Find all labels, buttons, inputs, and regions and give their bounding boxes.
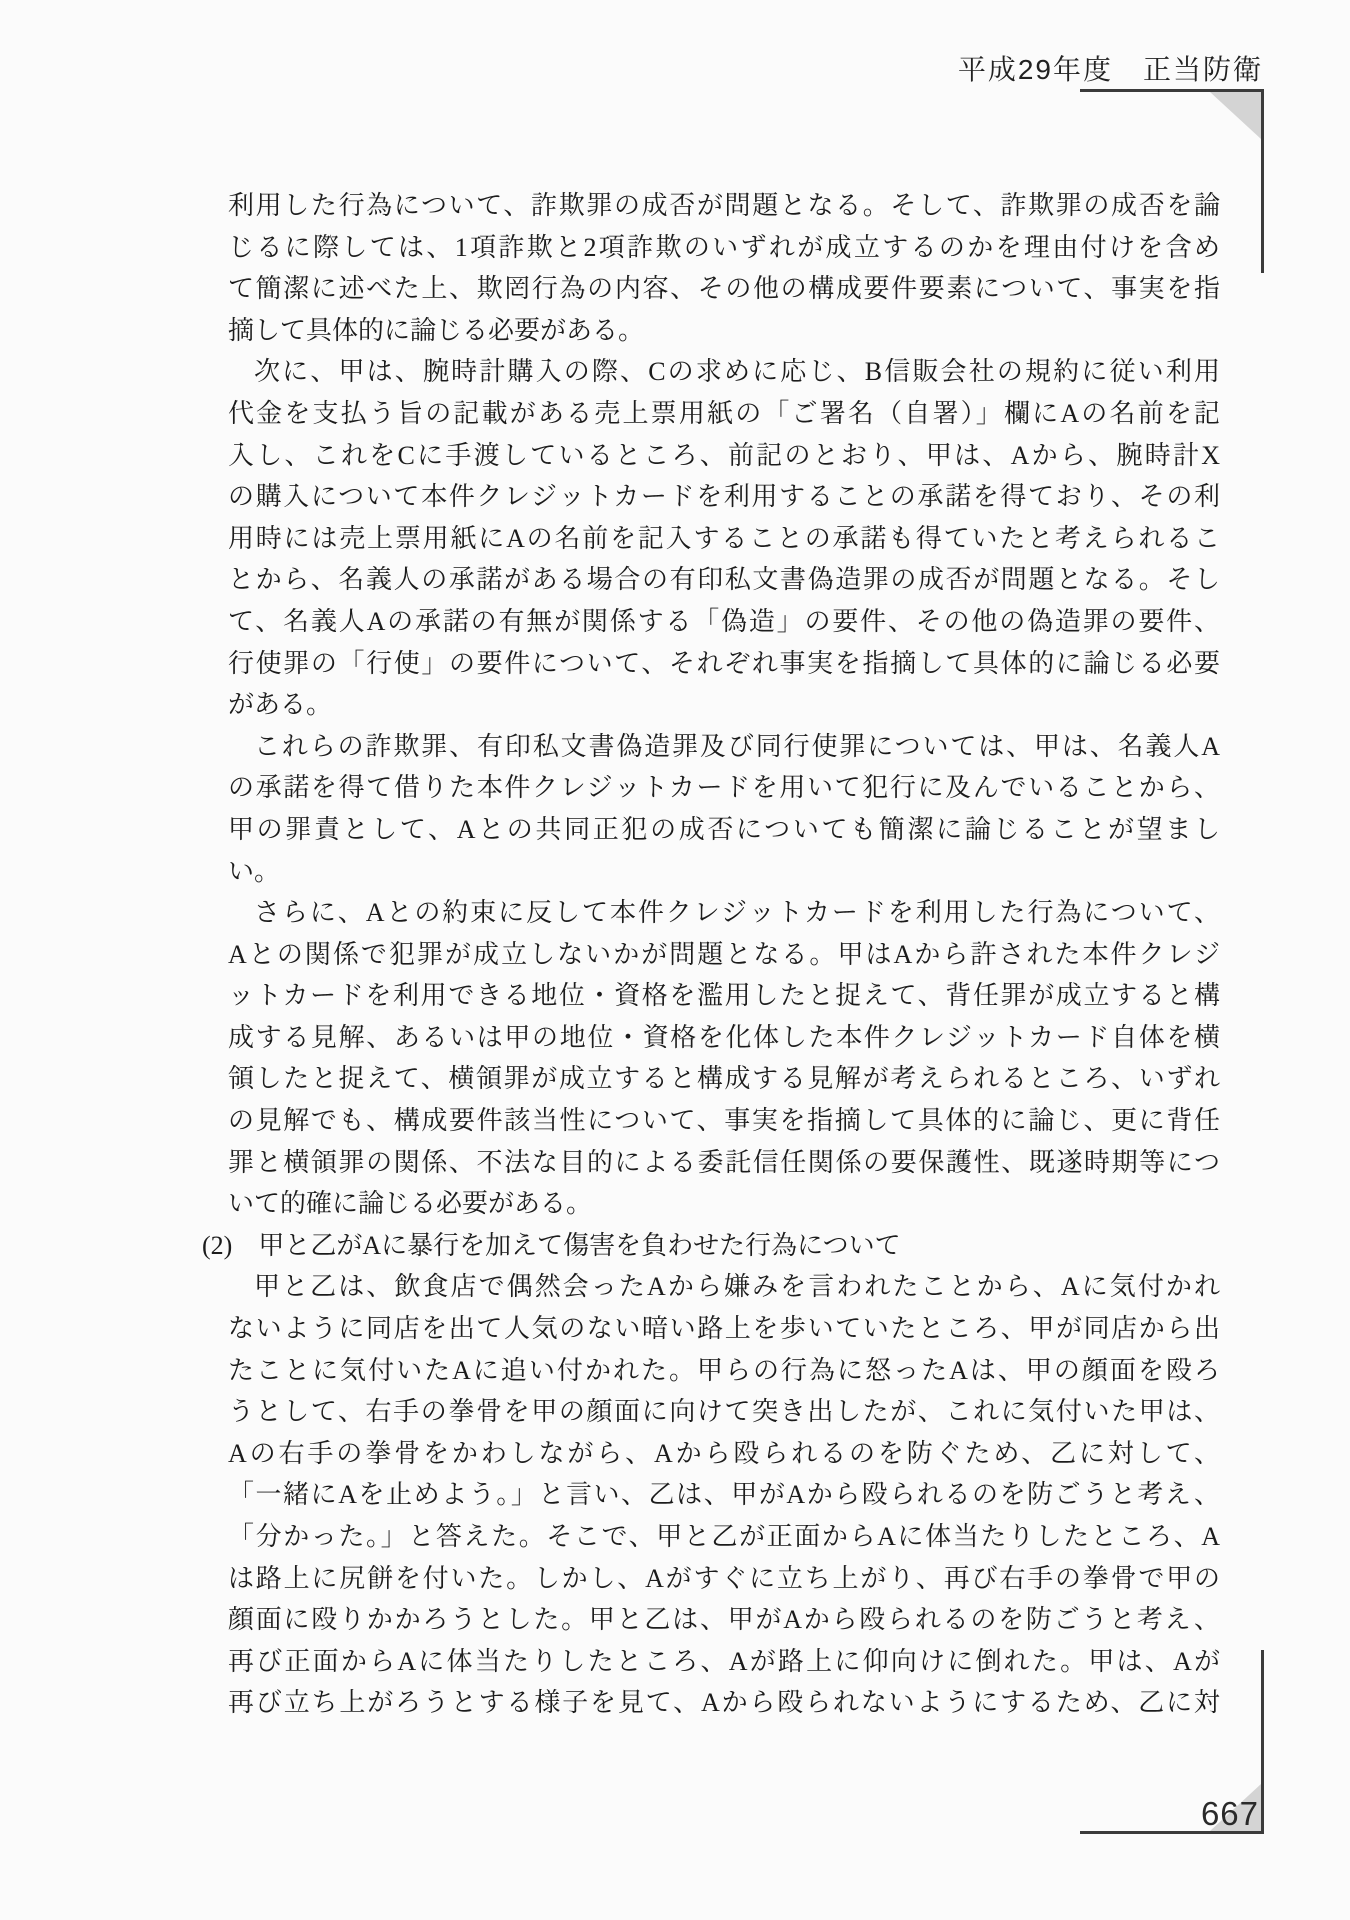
text-line: とから、名義人の承諾がある場合の有印私文書偽造罪の成否が問題となる。そし [228, 559, 1220, 601]
text-line: 次に、甲は、腕時計購入の際、Cの求めに応じ、B信販会社の規約に従い利用 [228, 351, 1220, 393]
page-number: 667 [1201, 1795, 1259, 1833]
text-line: 領したと捉えて、横領罪が成立すると構成する見解が考えられるところ、いずれ [228, 1058, 1220, 1100]
text-line: 用時には売上票用紙にAの名前を記入することの承諾も得ていたと考えられるこ [228, 518, 1220, 560]
top-corner-rule-vertical [1261, 89, 1264, 273]
text-line: うとして、右手の拳骨を甲の顔面に向けて突き出したが、これに気付いた甲は、 [228, 1391, 1220, 1433]
text-line: 再び正面からAに体当たりしたところ、Aが路上に仰向けに倒れた。甲は、Aが [228, 1641, 1220, 1683]
page-header-title: 平成29年度 正当防衛 [958, 48, 1263, 88]
body-text: 利用した行為について、詐欺罪の成否が問題となる。そして、詐欺罪の成否を論じるに際… [228, 185, 1220, 1724]
section-2-heading: (2) 甲と乙がAに暴行を加えて傷害を負わせた行為について [228, 1225, 1220, 1267]
text-line: ットカードを利用できる地位・資格を濫用したと捉えて、背任罪が成立すると構 [228, 975, 1220, 1017]
text-line: 代金を支払う旨の記載がある売上票用紙の「ご署名（自署）」欄にAの名前を記 [228, 393, 1220, 435]
text-line: の購入について本件クレジットカードを利用することの承諾を得ており、その利 [228, 476, 1220, 518]
text-line: は路上に尻餅を付いた。しかし、Aがすぐに立ち上がり、再び右手の拳骨で甲の [228, 1558, 1220, 1600]
text-line: い。 [228, 851, 1220, 893]
text-line: Aの右手の拳骨をかわしながら、Aから殴られるのを防ぐため、乙に対して、 [228, 1433, 1220, 1475]
text-line: 甲と乙は、飲食店で偶然会ったAから嫌みを言われたことから、Aに気付かれ [228, 1266, 1220, 1308]
top-corner-triangle [1210, 92, 1261, 139]
text-line: て簡潔に述べた上、欺罔行為の内容、その他の構成要件要素について、事実を指 [228, 268, 1220, 310]
text-line: 罪と横領罪の関係、不法な目的による委託信任関係の要保護性、既遂時期等につ [228, 1142, 1220, 1184]
book-page: 平成29年度 正当防衛 利用した行為について、詐欺罪の成否が問題となる。そして、… [0, 0, 1350, 1920]
text-line: 入し、これをCに手渡しているところ、前記のとおり、甲は、Aから、腕時計X [228, 435, 1220, 477]
text-line: いて的確に論じる必要がある。 [228, 1183, 1220, 1225]
text-line: 再び立ち上がろうとする様子を見て、Aから殴られないようにするため、乙に対 [228, 1682, 1220, 1724]
text-line: Aとの関係で犯罪が成立しないかが問題となる。甲はAから許された本件クレジ [228, 934, 1220, 976]
text-line: たことに気付いたAに追い付かれた。甲らの行為に怒ったAは、甲の顔面を殴ろ [228, 1350, 1220, 1392]
text-line: の見解でも、構成要件該当性について、事実を指摘して具体的に論じ、更に背任 [228, 1100, 1220, 1142]
text-line: 顔面に殴りかかろうとした。甲と乙は、甲がAから殴られるのを防ごうと考え、 [228, 1599, 1220, 1641]
text-line: 甲の罪責として、Aとの共同正犯の成否についても簡潔に論じることが望まし [228, 809, 1220, 851]
text-line: て、名義人Aの承諾の有無が関係する「偽造」の要件、その他の偽造罪の要件、 [228, 601, 1220, 643]
text-line: 摘して具体的に論じる必要がある。 [228, 310, 1220, 352]
text-line: ないように同店を出て人気のない暗い路上を歩いていたところ、甲が同店から出 [228, 1308, 1220, 1350]
text-line: さらに、Aとの約束に反して本件クレジットカードを利用した行為について、 [228, 892, 1220, 934]
text-line: 利用した行為について、詐欺罪の成否が問題となる。そして、詐欺罪の成否を論 [228, 185, 1220, 227]
text-line: じるに際しては、1項詐欺と2項詐欺のいずれが成立するのかを理由付けを含め [228, 227, 1220, 269]
bottom-corner-rule-vertical [1261, 1650, 1264, 1834]
text-line: これらの詐欺罪、有印私文書偽造罪及び同行使罪については、甲は、名義人A [228, 726, 1220, 768]
text-line: 成する見解、あるいは甲の地位・資格を化体した本件クレジットカード自体を横 [228, 1017, 1220, 1059]
text-line: 「一緒にAを止めよう。」と言い、乙は、甲がAから殴られるのを防ごうと考え、 [228, 1474, 1220, 1516]
text-line: 「分かった。」と答えた。そこで、甲と乙が正面からAに体当たりしたところ、A [228, 1516, 1220, 1558]
text-line: がある。 [228, 684, 1220, 726]
text-line: 行使罪の「行使」の要件について、それぞれ事実を指摘して具体的に論じる必要 [228, 643, 1220, 685]
text-line: の承諾を得て借りた本件クレジットカードを用いて犯行に及んでいることから、 [228, 767, 1220, 809]
